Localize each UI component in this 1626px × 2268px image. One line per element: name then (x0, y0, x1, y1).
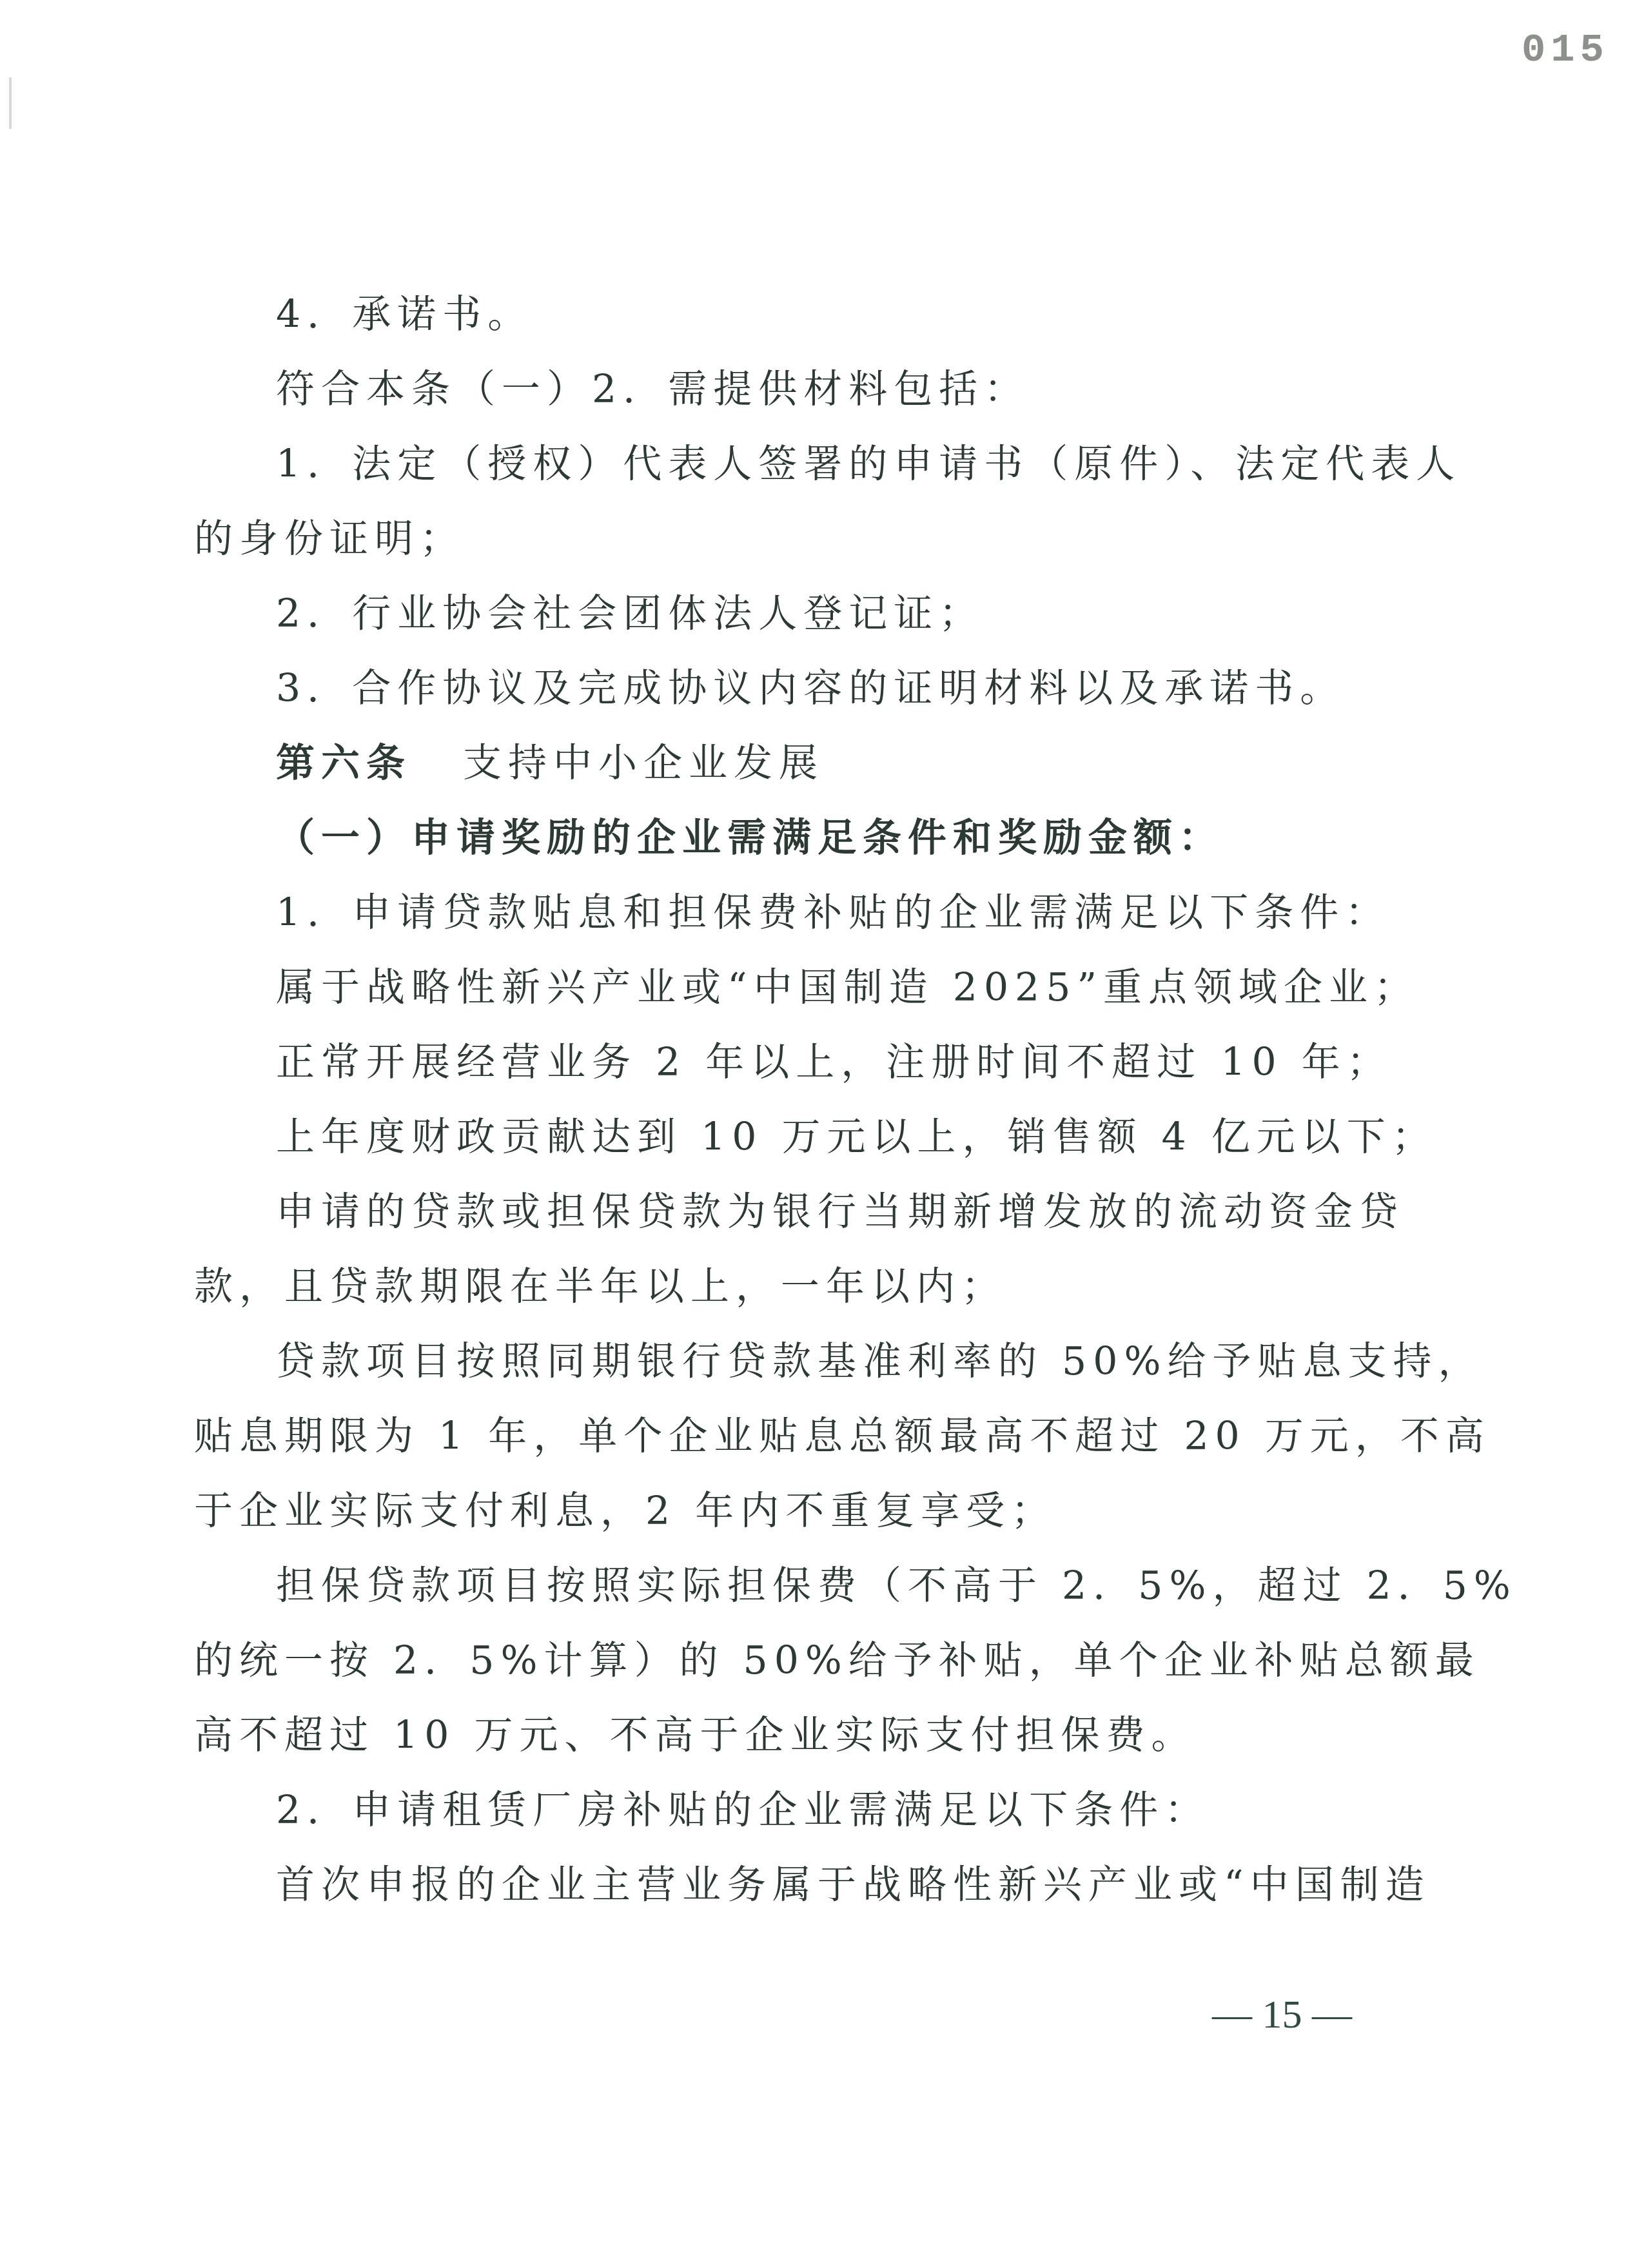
paragraph-line: 的统一按 2．5%计算）的 50%给予补贴，单个企业补贴总额最 (194, 1623, 1377, 1698)
article-title: 支持中小企业发展 (463, 741, 824, 786)
paragraph-line: 申请的贷款或担保贷款为银行当期新增发放的流动资金贷 (194, 1175, 1377, 1249)
paragraph-line: 贴息期限为 1 年，单个企业贴息总额最高不超过 20 万元，不高 (194, 1399, 1377, 1474)
paragraph-line: 4．承诺书。 (194, 277, 1377, 352)
paragraph-line: 款，且贷款期限在半年以上，一年以内； (194, 1249, 1377, 1324)
paragraph-line: 正常开展经营业务 2 年以上，注册时间不超过 10 年； (194, 1025, 1377, 1100)
article-number: 第六条 (276, 741, 411, 786)
paragraph-line: 的身份证明； (194, 502, 1377, 576)
paragraph-line: 于企业实际支付利息，2 年内不重复享受； (194, 1474, 1377, 1549)
article-heading: 第六条支持中小企业发展 (194, 726, 1377, 801)
paragraph-line: 贷款项目按照同期银行贷款基准利率的 50%给予贴息支持， (194, 1324, 1377, 1399)
paragraph-line: 担保贷款项目按照实际担保费（不高于 2．5%，超过 2．5% (194, 1549, 1377, 1623)
paragraph-line: 1．申请贷款贴息和担保费补贴的企业需满足以下条件： (194, 875, 1377, 950)
paragraph-line: 1．法定（授权）代表人签署的申请书（原件）、法定代表人 (194, 427, 1377, 502)
paragraph-line: 属于战略性新兴产业或“中国制造 2025”重点领域企业； (194, 950, 1377, 1025)
document-page: 015 4．承诺书。 符合本条（一）2．需提供材料包括： 1．法定（授权）代表人… (0, 0, 1626, 2268)
paragraph-line: 符合本条（一）2．需提供材料包括： (194, 352, 1377, 427)
section-heading: （一）申请奖励的企业需满足条件和奖励金额： (194, 801, 1377, 875)
paragraph-line: 高不超过 10 万元、不高于企业实际支付担保费。 (194, 1698, 1377, 1773)
archive-number-stamp: 015 (1522, 27, 1609, 73)
paragraph-line: 2．申请租赁厂房补贴的企业需满足以下条件： (194, 1773, 1377, 1848)
scan-edge-mark (9, 77, 12, 129)
document-body: 4．承诺书。 符合本条（一）2．需提供材料包括： 1．法定（授权）代表人签署的申… (194, 277, 1377, 1922)
paragraph-line: 首次申报的企业主营业务属于战略性新兴产业或“中国制造 (194, 1848, 1377, 1922)
paragraph-line: 3．合作协议及完成协议内容的证明材料以及承诺书。 (194, 651, 1377, 726)
paragraph-line: 2．行业协会社会团体法人登记证； (194, 576, 1377, 651)
paragraph-line: 上年度财政贡献达到 10 万元以上，销售额 4 亿元以下； (194, 1100, 1377, 1175)
page-number: — 15 — (1212, 1992, 1352, 2038)
